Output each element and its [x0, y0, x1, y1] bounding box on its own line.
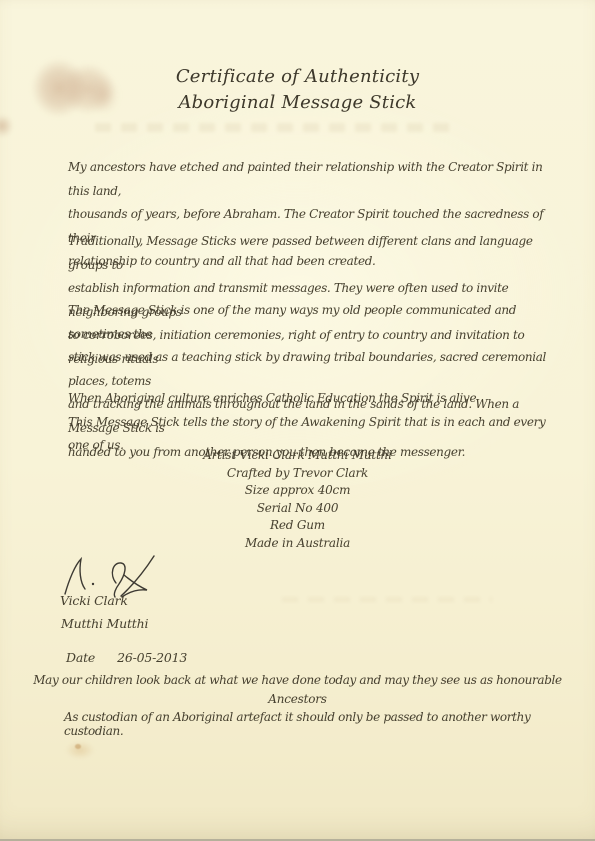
title-line-1: Certificate of Authenticity [0, 64, 595, 90]
bottom-stain-dot [75, 744, 81, 749]
detail-serial: Serial No 400 [0, 500, 595, 518]
detail-origin: Made in Australia [0, 535, 595, 553]
bottom-stain [64, 740, 96, 760]
detail-crafted: Crafted by Trevor Clark [0, 465, 595, 483]
detail-wood: Red Gum [0, 517, 595, 535]
certificate-title: Certificate of Authenticity Aboriginal M… [0, 64, 595, 116]
certificate-scan-page: Certificate of Authenticity Aboriginal M… [0, 0, 595, 841]
date-label: Date [66, 650, 95, 665]
detail-size: Size approx 40cm [0, 482, 595, 500]
date-line: Date26-05-2013 [66, 650, 187, 665]
detail-artist: Artist Vicki Clark Mutthi Mutthi [0, 447, 595, 465]
closing-line-ancestors: Ancestors [0, 692, 595, 706]
closing-line-honourable: May our children look back at what we ha… [0, 673, 595, 687]
title-line-2: Aboriginal Message Stick [0, 90, 595, 116]
edge-stain [0, 114, 14, 138]
ink-bleed-ghost [282, 597, 492, 602]
signatory-name: Vicki Clark [60, 593, 128, 608]
closing-line-custodian: As custodian of an Aboriginal artefact i… [64, 710, 564, 738]
date-value: 26-05-2013 [117, 650, 187, 665]
ink-bleed-ghost [95, 123, 455, 132]
signatory-clan: Mutthi Mutthi [61, 616, 148, 631]
artefact-details: Artist Vicki Clark Mutthi Mutthi Crafted… [0, 447, 595, 553]
